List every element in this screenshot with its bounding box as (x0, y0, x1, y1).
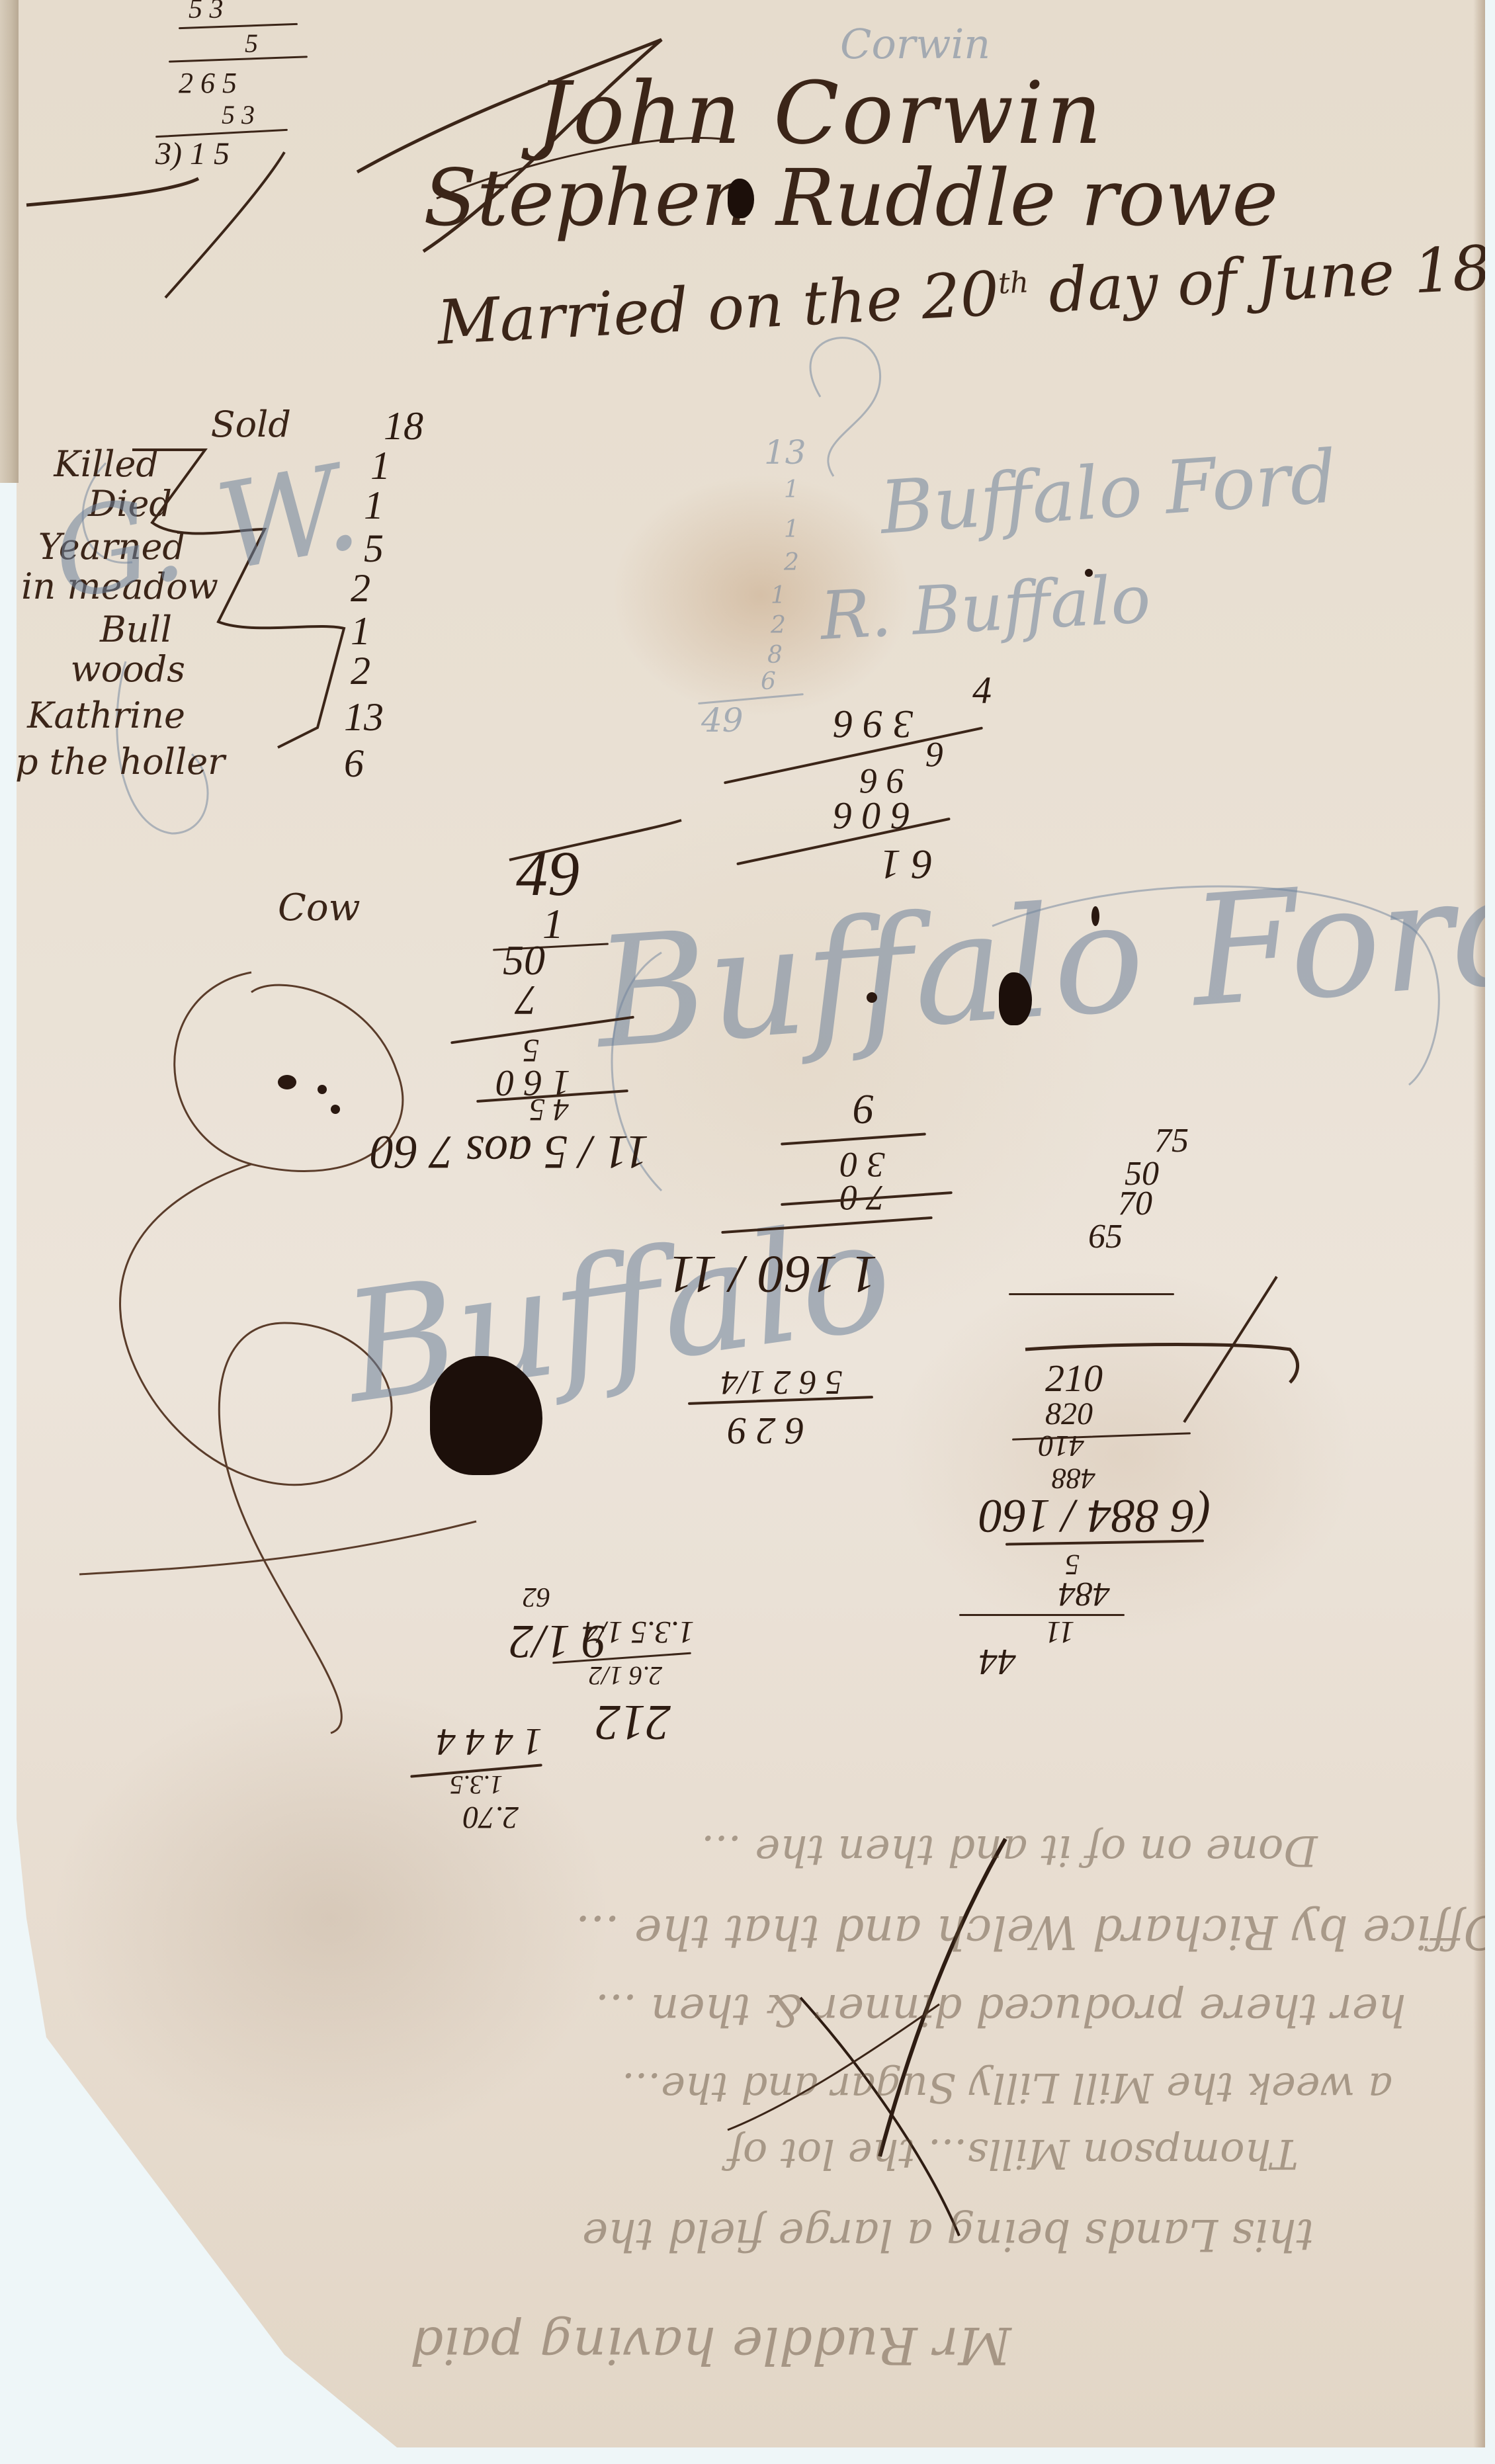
manuscript-page: 5 3 5 2 6 5 5 3 3) 1 5 Corwin John Corwi… (0, 0, 1495, 2464)
inverted-line: her there produced dinner & then ... (595, 1984, 1406, 2035)
calc-row: 5 3 (222, 99, 255, 130)
tally-row: Kathrine 13 (0, 695, 569, 741)
bride-name: Stephen Ruddle rowe (423, 152, 1278, 243)
ink-speck (1091, 906, 1099, 926)
inverted-line: Office by Richard Welch and that the ... (576, 1905, 1495, 1959)
calc-row: 3) 1 5 (155, 136, 230, 172)
marriage-date-line: Married on the 20th day of June 1844 (435, 228, 1495, 358)
tally-row: up the holler 6 (0, 741, 569, 787)
pencil-signature: Buffalo Ford (877, 434, 1339, 550)
inverted-line: Thompson Mills... the lot of (728, 2130, 1299, 2178)
pencil-signature: R. Buffalo (818, 560, 1152, 655)
inverted-line: Done on of it and then the ... (701, 1826, 1318, 1875)
tally-title-value: 18 (384, 404, 423, 449)
calc-row: 2 6 5 (179, 66, 237, 100)
tally-title: Sold (211, 404, 291, 445)
marriage-prefix: Married on the 20 (435, 258, 1000, 358)
pencil-name-overwrite: Corwin (840, 20, 990, 68)
cow-label: Cow (278, 886, 361, 929)
tally-row: woods 2 (0, 648, 569, 695)
calc-row: 5 (245, 28, 258, 59)
ink-blot (728, 179, 754, 218)
cow-value: 1 (542, 900, 564, 949)
page-right-edge (1473, 0, 1485, 2447)
marriage-day-suffix: th (998, 265, 1030, 300)
groom-name: John Corwin (536, 63, 1105, 163)
ink-speck (331, 1105, 340, 1114)
inverted-line: this Lands being a large field the (582, 2209, 1314, 2260)
inverted-line: a week the Mill Lilly Sugar and the... (622, 2064, 1392, 2112)
calc-rule (169, 56, 308, 62)
ink-speck (867, 992, 877, 1003)
calc-row: 5 3 (189, 0, 224, 25)
ink-blot (999, 972, 1032, 1025)
ink-speck (1085, 569, 1093, 577)
ink-speck (278, 1075, 296, 1089)
ink-speck (318, 1085, 327, 1094)
inverted-line: Mr Ruddle having paid (410, 2315, 1011, 2375)
pencil-signature: Buffalo Ford (590, 840, 1495, 1083)
